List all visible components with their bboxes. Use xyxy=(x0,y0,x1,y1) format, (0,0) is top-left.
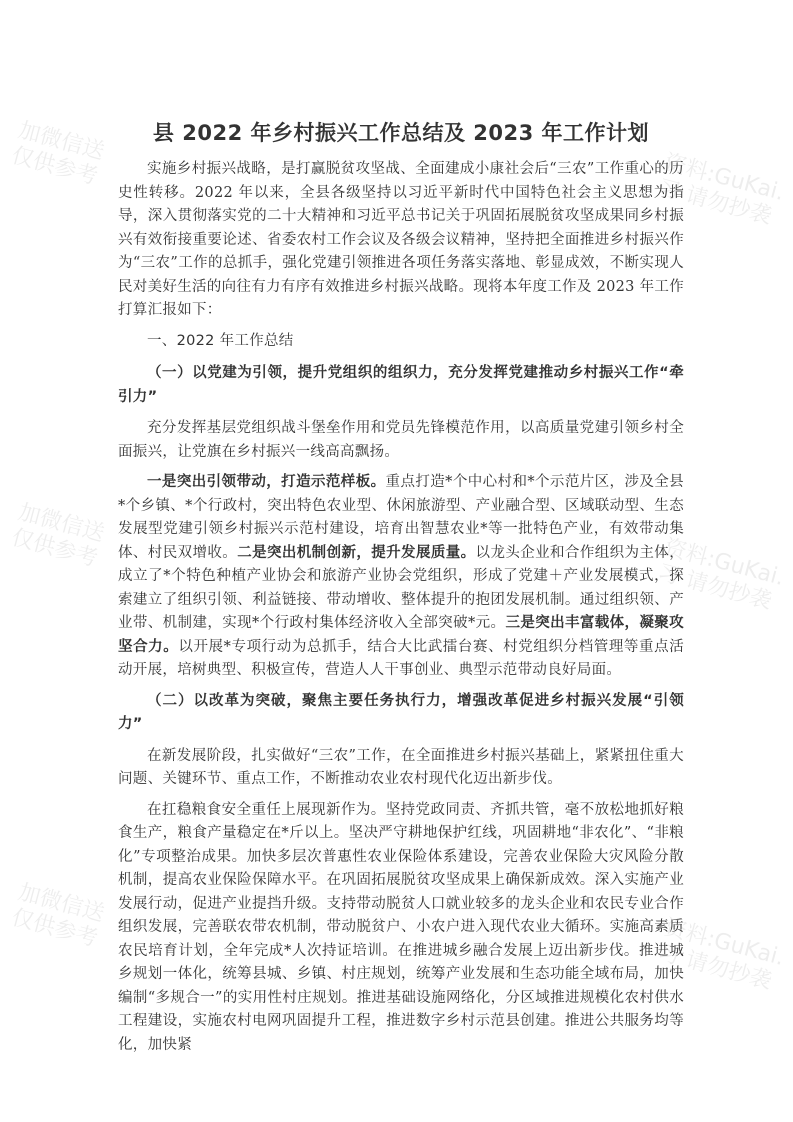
watermark-text: 仅供参考 xyxy=(9,905,101,953)
watermark-text: 仅供参考 xyxy=(9,525,101,573)
watermark-left-1: 加微信送 仅供参考 xyxy=(9,118,107,191)
body-paragraph-points: 一是突出引领带动，打造示范样板。重点打造*个中心村和*个示范片区，涉及全县*个乡… xyxy=(118,471,684,683)
body-paragraph: 在新发展阶段，扎实做好“三农”工作，在全面推进乡村振兴基础上，紧紧扭住重大问题、… xyxy=(118,745,684,792)
document-title: 县 2022 年乡村振兴工作总结及 2023 年工作计划 xyxy=(118,118,684,148)
body-paragraph: 在扛稳粮食安全重任上展现新作为。坚持党政同责、齐抓共管，毫不放松地抓好粮食生产，… xyxy=(118,799,684,1058)
document-page: 县 2022 年乡村振兴工作总结及 2023 年工作计划 实施乡村振兴战略，是打… xyxy=(118,118,684,1064)
point-lead: 二是突出机制创新，提升发展质量。 xyxy=(237,545,475,561)
point-text: 以开展*专项行动为总抓手，结合大比武擂台赛、村党组织分档管理等重点活动开展，培树… xyxy=(118,639,684,679)
watermark-left-3: 加微信送 仅供参考 xyxy=(9,880,107,953)
subsection-heading: （一）以党建为引领，提升党组织的组织力，充分发挥党建推动乡村振兴工作“牵引力” xyxy=(118,362,684,409)
watermark-text: 加微信送 xyxy=(15,880,107,928)
watermark-text: 加微信送 xyxy=(15,500,107,548)
watermark-text: 仅供参考 xyxy=(9,143,101,191)
watermark-left-2: 加微信送 仅供参考 xyxy=(9,500,107,573)
point-lead: 一是突出引领带动，打造示范样板。 xyxy=(147,474,386,490)
subsection-heading: （二）以改革为突破，聚焦主要任务执行力，增强改革促进乡村振兴发展“引领力” xyxy=(118,690,684,737)
watermark-text: 加微信送 xyxy=(15,118,107,166)
intro-paragraph: 实施乡村振兴战略，是打赢脱贫攻坚战、全面建成小康社会后“三农”工作重心的历史性转… xyxy=(118,158,684,323)
section-heading: 一、2022 年工作总结 xyxy=(118,330,684,354)
body-paragraph: 充分发挥基层党组织战斗堡垒作用和党员先锋模范作用，以高质量党建引领乡村全面振兴，… xyxy=(118,417,684,464)
